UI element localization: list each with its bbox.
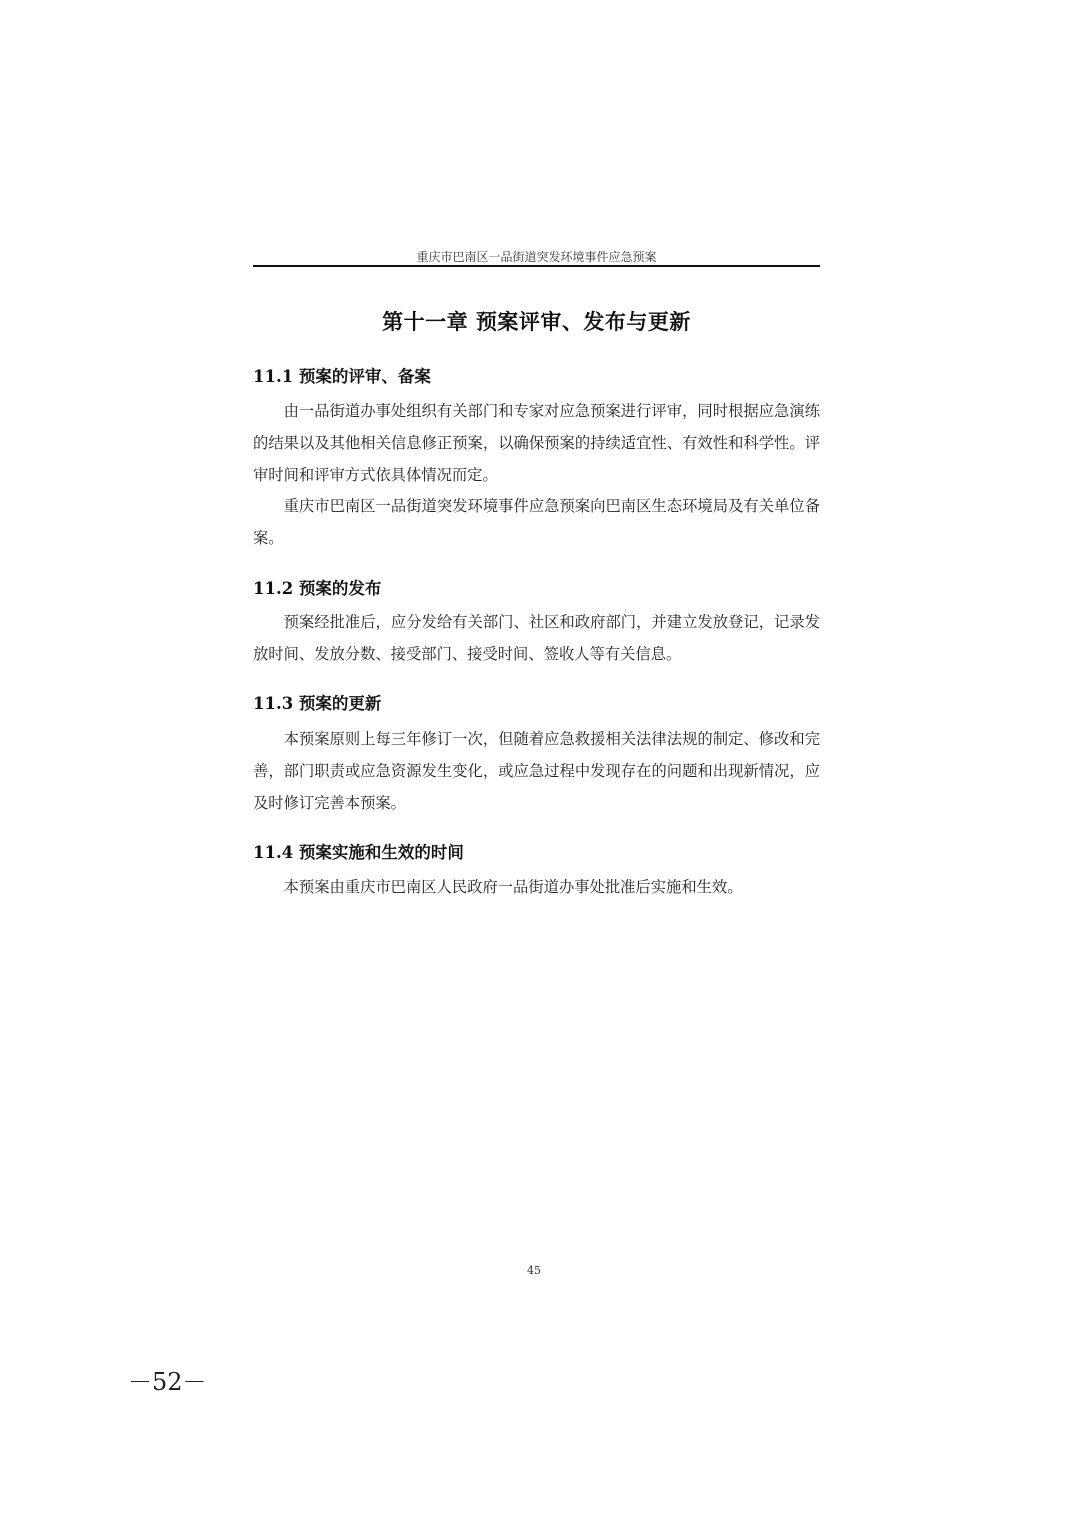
chapter-title: 第十一章 预案评审、发布与更新 bbox=[253, 306, 820, 336]
running-header: 重庆市巴南区一品街道突发环境事件应急预案 bbox=[253, 248, 820, 265]
section-11-4-paragraph-1: 本预案由重庆市巴南区人民政府一品街道办事处批准后实施和生效。 bbox=[253, 871, 820, 903]
section-11-1-paragraph-1: 由一品街道办事处组织有关部门和专家对应急预案进行评审，同时根据应急演练的结果以及… bbox=[253, 395, 820, 491]
section-11-2-paragraph-1: 预案经批准后，应分发给有关部门、社区和政府部门，并建立发放登记，记录发放时间、发… bbox=[253, 606, 820, 670]
inner-page-number: 45 bbox=[527, 1264, 541, 1277]
section-heading-11-1: 11.1 预案的评审、备案 bbox=[253, 363, 431, 387]
section-11-1-paragraph-2: 重庆市巴南区一品街道突发环境事件应急预案向巴南区生态环境局及有关单位备案。 bbox=[253, 490, 820, 554]
outer-page-number: －52－ bbox=[128, 1362, 207, 1397]
header-rule bbox=[253, 265, 820, 267]
section-heading-11-3: 11.3 预案的更新 bbox=[253, 690, 381, 714]
section-heading-11-2: 11.2 预案的发布 bbox=[253, 575, 381, 599]
section-heading-11-4: 11.4 预案实施和生效的时间 bbox=[253, 839, 464, 863]
section-11-3-paragraph-1: 本预案原则上每三年修订一次，但随着应急救援相关法律法规的制定、修改和完善，部门职… bbox=[253, 723, 820, 819]
